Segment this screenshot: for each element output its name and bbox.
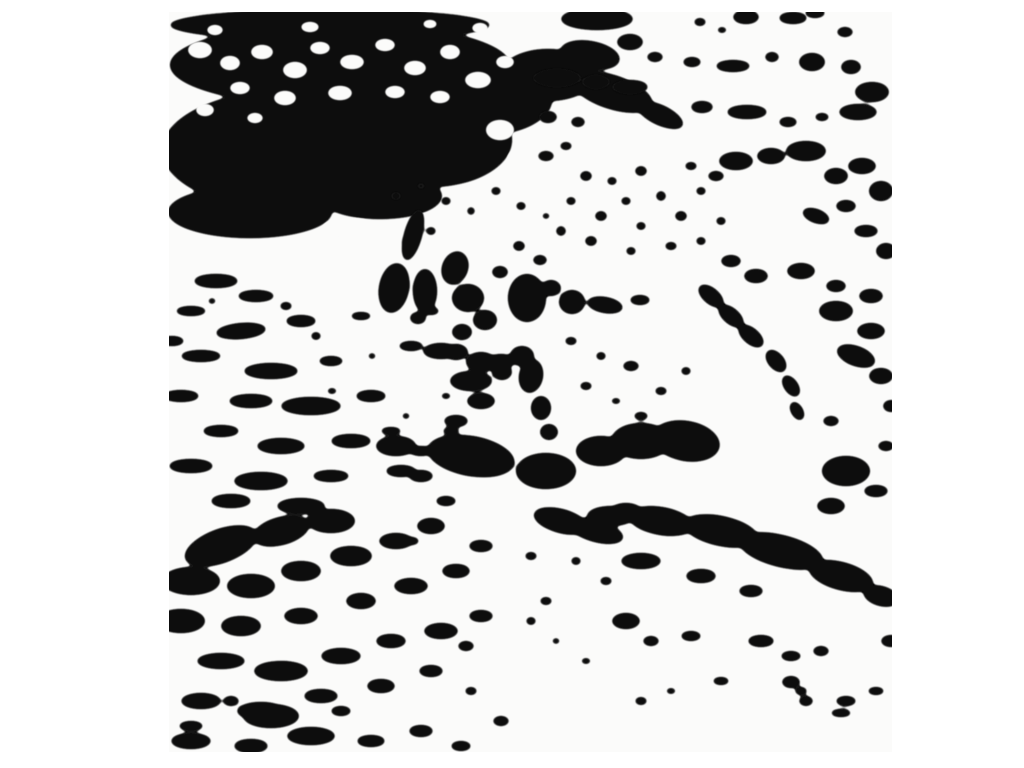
page xyxy=(0,0,1024,768)
dalmatian-illusion-image xyxy=(0,0,1024,768)
